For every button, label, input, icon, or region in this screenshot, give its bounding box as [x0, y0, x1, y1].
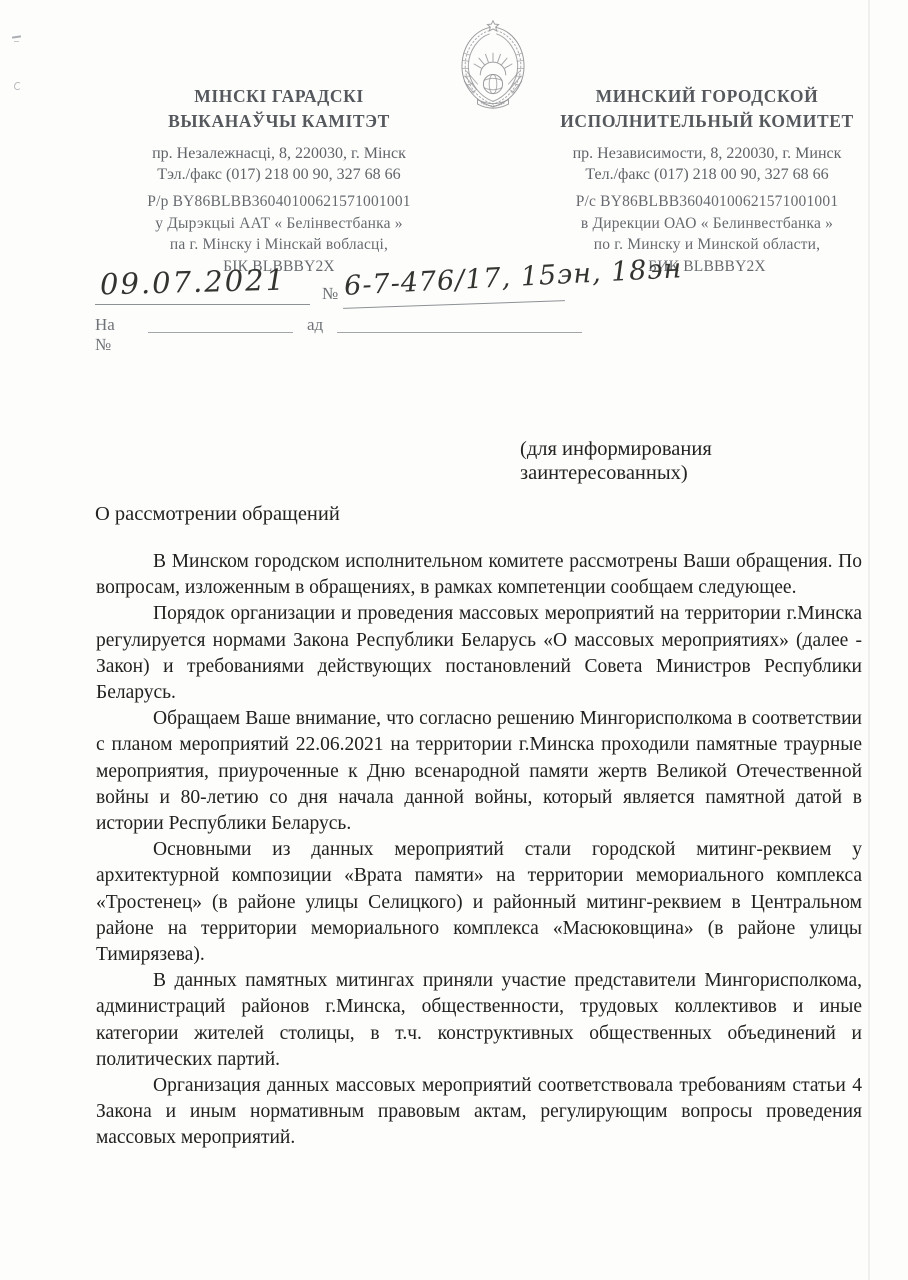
- paragraph-5: В данных памятных митингах приняли участ…: [96, 968, 862, 1073]
- scan-speck: [12, 35, 21, 38]
- recipient-note-line1: (для информирования: [520, 437, 850, 461]
- letterhead-belarusian: МІНСКІ ГАРАДСКІ ВЫКАНАЎЧЫ КАМІТЭТ пр. Не…: [84, 84, 474, 277]
- phone-by: Тэл./факс (017) 218 00 90, 327 68 66: [84, 164, 474, 185]
- scan-speck: [14, 82, 21, 90]
- bank-line1-ru: в Дирекции ОАО « Белинвестбанка »: [512, 213, 902, 235]
- address-ru: пр. Независимости, 8, 220030, г. Минск: [512, 143, 902, 164]
- incoming-number-label: На №: [95, 315, 115, 355]
- org-name-line1-ru: МИНСКИЙ ГОРОДСКОЙ: [512, 84, 902, 109]
- paragraph-6: Организация данных массовых мероприятий …: [96, 1073, 862, 1152]
- incoming-number-blank: [148, 332, 293, 333]
- address-by: пр. Незалежнасці, 8, 220030, г. Мінск: [84, 143, 474, 164]
- org-name-line2-ru: ИСПОЛНИТЕЛЬНЫЙ КОМИТЕТ: [512, 109, 902, 134]
- handwritten-date: 09.07.2021: [100, 263, 287, 302]
- number-sign-label: №: [322, 284, 338, 304]
- recipient-note-line2: заинтересованных): [520, 461, 850, 485]
- incoming-from-label: ад: [307, 315, 323, 335]
- phone-ru: Тел./факс (017) 218 00 90, 327 68 66: [512, 164, 902, 185]
- paragraph-1: В Минском городском исполнительном комит…: [96, 549, 862, 601]
- paragraph-2: Порядок организации и проведения массовы…: [96, 601, 862, 706]
- paragraph-4: Основными из данных мероприятий стали го…: [96, 837, 862, 968]
- letter-body: В Минском городском исполнительном комит…: [96, 549, 862, 1152]
- bank-line2-by: па г. Мінску і Мінскай вобласці,: [84, 234, 474, 256]
- account-ru: Р/с BY86BLBB36040100621571001001: [512, 191, 902, 213]
- bank-line1-by: у Дырэкцыі ААТ « Белінвестбанка »: [84, 213, 474, 235]
- bank-line2-ru: по г. Минску и Минской области,: [512, 234, 902, 256]
- number-underline: [343, 300, 565, 309]
- letterhead-russian: МИНСКИЙ ГОРОДСКОЙ ИСПОЛНИТЕЛЬНЫЙ КОМИТЕТ…: [512, 84, 902, 277]
- paragraph-3: Обращаем Ваше внимание, что согласно реш…: [96, 706, 862, 837]
- org-name-line2-by: ВЫКАНАЎЧЫ КАМІТЭТ: [84, 109, 474, 134]
- subject-line: О рассмотрении обращений: [95, 503, 340, 526]
- scan-speck: [14, 41, 19, 42]
- date-underline: [95, 304, 310, 305]
- incoming-from-blank: [337, 332, 582, 333]
- org-name-line1-by: МІНСКІ ГАРАДСКІ: [84, 84, 474, 109]
- account-by: Р/р BY86BLBB36040100621571001001: [84, 191, 474, 213]
- recipient-note: (для информирования заинтересованных): [520, 437, 850, 485]
- scanned-letter-page: МІНСКІ ГАРАДСКІ ВЫКАНАЎЧЫ КАМІТЭТ пр. Не…: [0, 0, 908, 1280]
